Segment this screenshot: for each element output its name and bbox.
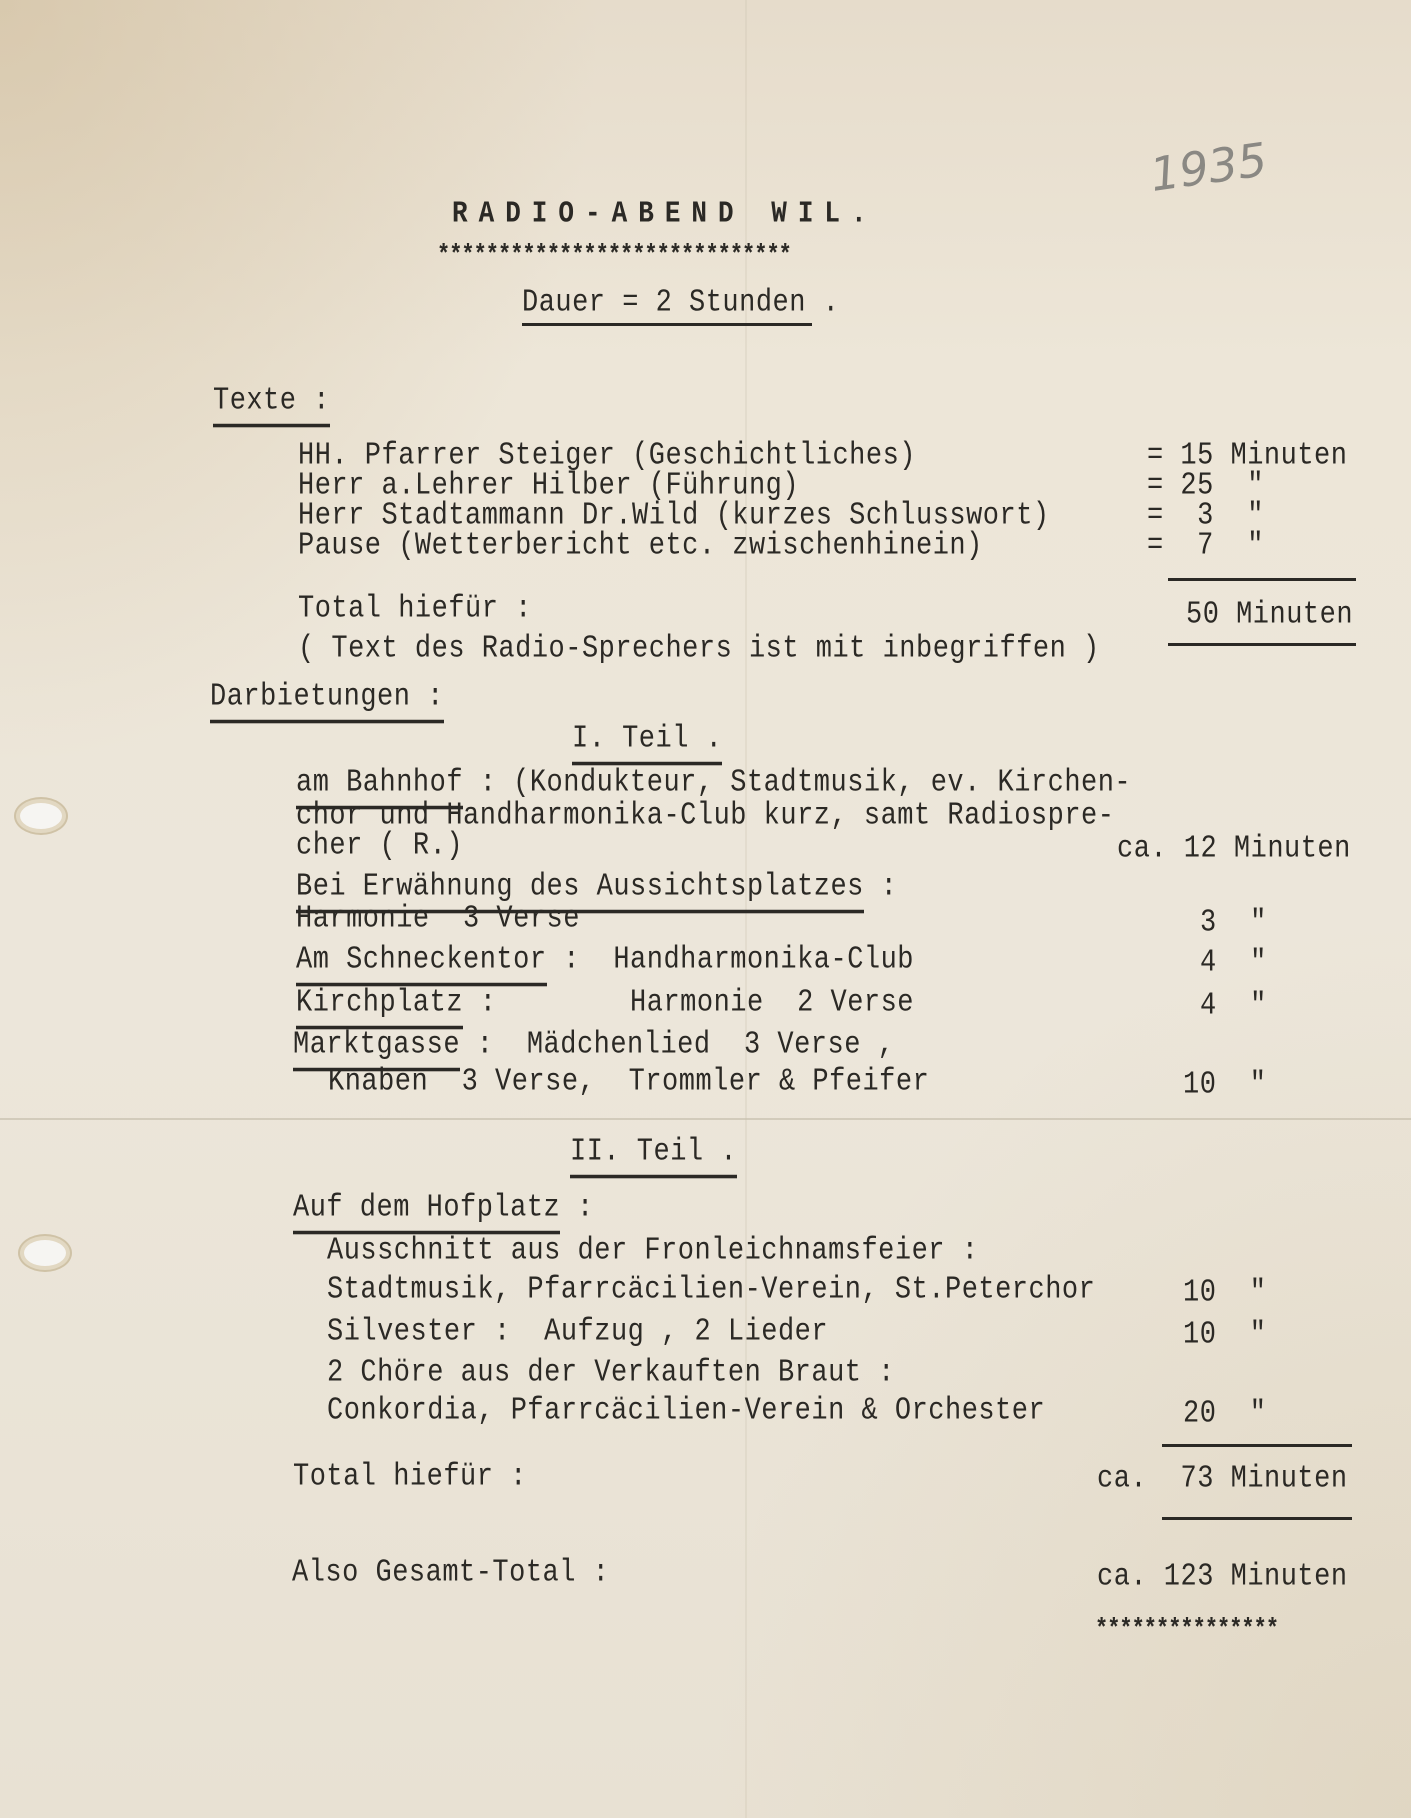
grand-total-value: ca. 123 Minuten xyxy=(1097,1562,1348,1594)
hofplatz-label: Auf dem Hofplatz xyxy=(293,1191,560,1235)
kirchplatz-value: 4 " xyxy=(1200,991,1267,1023)
darbietungen-heading: Darbietungen : xyxy=(210,680,444,724)
punch-hole-icon xyxy=(24,1240,66,1266)
teil1-heading: I. Teil . xyxy=(572,722,722,766)
paper-fold-horizontal xyxy=(0,1118,1411,1120)
texte-heading: Texte : xyxy=(213,386,330,418)
duration-underline xyxy=(522,323,812,326)
bahnhof-detail-line3: cher ( R.) xyxy=(296,831,463,863)
grand-total-label: Also Gesamt-Total : xyxy=(292,1558,609,1590)
texte-item-label: Pause (Wetterbericht etc. zwischenhinein… xyxy=(298,531,983,563)
texte-total-value: 50 Minuten xyxy=(1186,600,1353,632)
kirchplatz-label: Kirchplatz xyxy=(296,986,463,1030)
end-star-divider: *************** xyxy=(1095,1617,1278,1643)
schneckentor-detail: : Handharmonika-Club xyxy=(547,943,914,978)
subtotal-rule xyxy=(1168,578,1356,581)
teil2-total-value: ca. 73 Minuten xyxy=(1097,1464,1348,1496)
bahnhof-value: ca. 12 Minuten xyxy=(1117,834,1351,866)
hofplatz-item-value: 20 " xyxy=(1183,1399,1267,1431)
bahnhof-detail: : (Kondukteur, Stadtmusik, ev. Kirchen- xyxy=(463,766,1131,801)
texte-note: ( Text des Radio-Sprechers ist mit inbeg… xyxy=(298,634,1100,666)
hofplatz-item-value: 10 " xyxy=(1183,1320,1267,1352)
hofplatz-item: Ausschnitt aus der Fronleichnamsfeier : xyxy=(327,1236,978,1268)
subtotal-rule xyxy=(1162,1444,1352,1447)
teil2-total-label: Total hiefür : xyxy=(293,1462,527,1494)
total-rule xyxy=(1168,643,1356,646)
pencil-year-annotation: 1935 xyxy=(1147,132,1270,202)
aussicht-detail: Harmonie 3 Verse xyxy=(296,904,580,936)
total-rule xyxy=(1162,1517,1352,1520)
title-star-divider: ***************************** xyxy=(437,243,791,269)
texte-item-value: = 7 " xyxy=(1147,531,1264,563)
texte-heading-label: Texte : xyxy=(213,384,330,428)
marktgasse-detail: : Mädchenlied 3 Verse , xyxy=(460,1028,894,1063)
hofplatz-item: Conkordia, Pfarrcäcilien-Verein & Orches… xyxy=(327,1396,1045,1428)
kirchplatz-detail: : Harmonie 2 Verse xyxy=(463,986,914,1021)
hofplatz-item-value: 10 " xyxy=(1183,1278,1267,1310)
aussicht-colon: : xyxy=(864,870,897,905)
schneckentor-label: Am Schneckentor xyxy=(296,943,547,987)
schneckentor-value: 4 " xyxy=(1200,948,1267,980)
document-title: RADIO-ABEND WIL. xyxy=(452,198,878,229)
hofplatz-item: 2 Chöre aus der Verkauften Braut : xyxy=(327,1358,895,1390)
texte-total-label: Total hiefür : xyxy=(298,594,532,626)
teil2-heading: II. Teil . xyxy=(570,1135,737,1179)
duration-line: Dauer = 2 Stunden . xyxy=(522,288,839,320)
hofplatz-item: Stadtmusik, Pfarrcäcilien-Verein, St.Pet… xyxy=(327,1275,1095,1307)
punch-hole-icon xyxy=(20,803,62,829)
marktgasse-line2: Knaben 3 Verse, Trommler & Pfeifer xyxy=(328,1067,929,1099)
hofplatz-colon: : xyxy=(560,1191,593,1226)
hofplatz-item: Silvester : Aufzug , 2 Lieder xyxy=(327,1317,828,1349)
marktgasse-value: 10 " xyxy=(1183,1070,1267,1102)
aussicht-value: 3 " xyxy=(1200,908,1267,940)
